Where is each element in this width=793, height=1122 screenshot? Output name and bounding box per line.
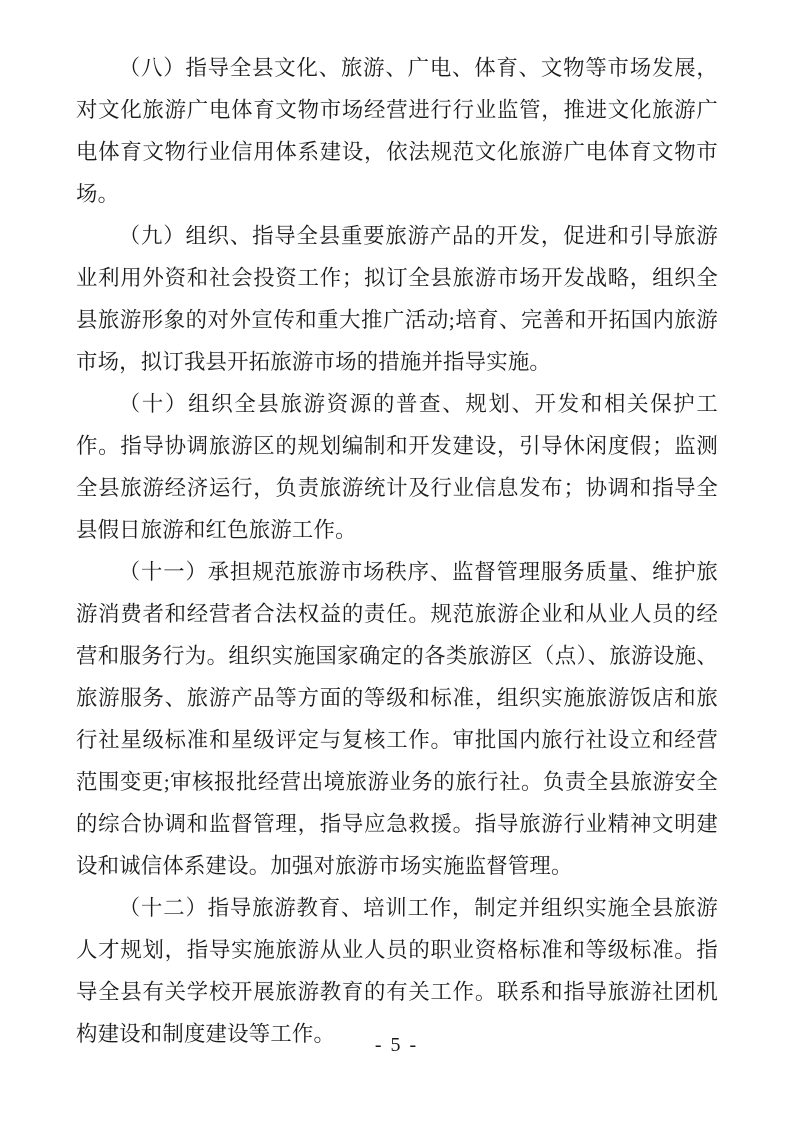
paragraph-item-12: （十二）指导旅游教育、培训工作，制定并组织实施全县旅游人才规划，指导实施旅游从业… [76, 887, 718, 1055]
document-page: （八）指导全县文化、旅游、广电、体育、文物等市场发展，对文化旅游广电体育文物市场… [0, 0, 793, 1122]
paragraph-item-9: （九）组织、指导全县重要旅游产品的开发，促进和引导旅游业利用外资和社会投资工作；… [76, 215, 718, 383]
paragraph-item-10: （十）组织全县旅游资源的普查、规划、开发和相关保护工作。指导协调旅游区的规划编制… [76, 383, 718, 551]
paragraph-item-11: （十一）承担规范旅游市场秩序、监督管理服务质量、维护旅游消费者和经营者合法权益的… [76, 551, 718, 887]
paragraph-item-8: （八）指导全县文化、旅游、广电、体育、文物等市场发展，对文化旅游广电体育文物市场… [76, 47, 718, 215]
page-number: - 5 - [0, 1032, 793, 1058]
document-body: （八）指导全县文化、旅游、广电、体育、文物等市场发展，对文化旅游广电体育文物市场… [76, 47, 718, 1055]
